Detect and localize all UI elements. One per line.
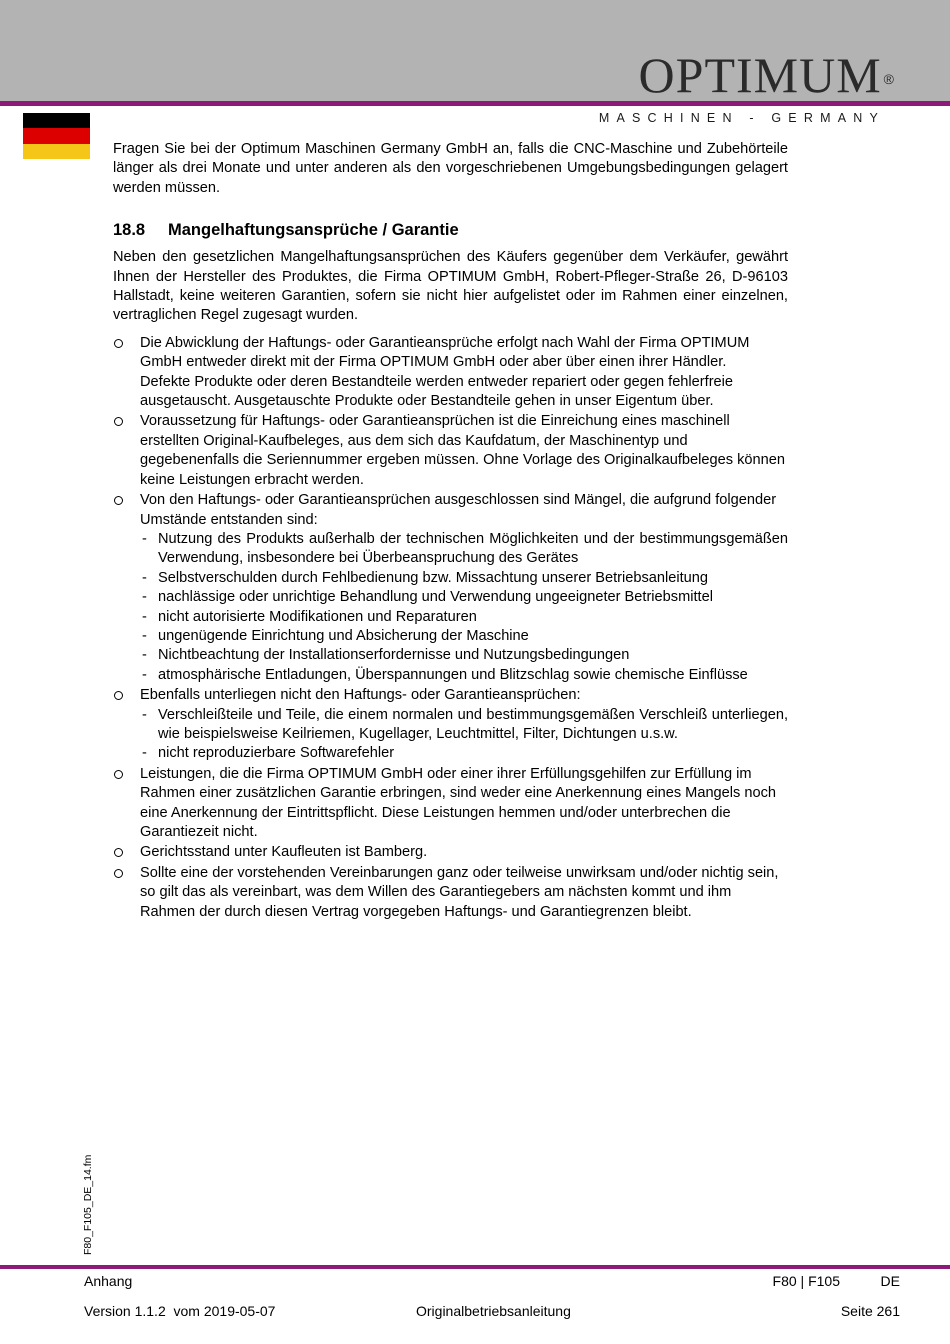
footer-language: DE (881, 1273, 900, 1289)
sub-item: Selbstverschulden durch Fehlbedienung bz… (140, 569, 788, 588)
footer-divider (0, 1265, 950, 1269)
list-item: Ebenfalls unterliegen nicht den Haftungs… (113, 686, 788, 764)
list-item-text: Defekte Produkte oder deren Bestandteile… (140, 373, 788, 412)
sub-item: nicht autorisierte Modifikationen und Re… (140, 608, 788, 627)
footer-models: F80 | F105 (773, 1273, 840, 1289)
list-item: Voraussetzung für Haftungs- oder Garanti… (113, 412, 788, 490)
sub-item: nicht reproduzierbare Softwarefehler (140, 744, 788, 763)
footer-doc-type: Originalbetriebsanleitung (416, 1303, 571, 1319)
list-item-text: Ebenfalls unterliegen nicht den Haftungs… (140, 686, 788, 705)
section-lead: Neben den gesetzlichen Mangelhaftungsans… (113, 248, 788, 326)
sub-list: Nutzung des Produkts außerhalb der techn… (140, 530, 788, 685)
sub-list: Verschleißteile und Teile, die einem nor… (140, 706, 788, 764)
page-content: Fragen Sie bei der Optimum Maschinen Ger… (113, 140, 788, 923)
registered-mark: ® (884, 71, 895, 87)
german-flag-icon (23, 113, 90, 159)
list-item-text: Von den Haftungs- oder Garantieansprüche… (140, 491, 788, 530)
list-item-text: Voraussetzung für Haftungs- oder Garanti… (140, 412, 788, 490)
section-heading: 18.8Mangelhaftungsansprüche / Garantie (113, 219, 788, 241)
sub-item: Nutzung des Produkts außerhalb der techn… (140, 530, 788, 569)
list-item-text: Gerichtsstand unter Kaufleuten ist Bambe… (140, 843, 788, 862)
sub-item: ungenügende Einrichtung und Absicherung … (140, 627, 788, 646)
section-number: 18.8 (113, 219, 168, 241)
sub-item: Verschleißteile und Teile, die einem nor… (140, 706, 788, 745)
list-item-text: Leistungen, die die Firma OPTIMUM GmbH o… (140, 765, 788, 843)
logo-tagline: MASCHINEN - GERMANY (599, 111, 885, 125)
sub-item: nachlässige oder unrichtige Behandlung u… (140, 588, 788, 607)
sub-item: atmosphärische Entladungen, Überspannung… (140, 666, 788, 685)
footer-page-number: Seite 261 (841, 1303, 900, 1319)
list-item-text: Sollte eine der vorstehenden Vereinbarun… (140, 864, 788, 922)
list-item: Leistungen, die die Firma OPTIMUM GmbH o… (113, 765, 788, 843)
file-name-label: F80_F105_DE_14.fm (82, 1155, 94, 1255)
sub-item: Nichtbeachtung der Installationserforder… (140, 646, 788, 665)
list-item: Die Abwicklung der Haftungs- oder Garant… (113, 334, 788, 412)
list-item: Sollte eine der vorstehenden Vereinbarun… (113, 864, 788, 922)
warranty-list: Die Abwicklung der Haftungs- oder Garant… (113, 334, 788, 922)
list-item: Gerichtsstand unter Kaufleuten ist Bambe… (113, 843, 788, 862)
logo-text: OPTIMUM (639, 47, 882, 103)
intro-paragraph: Fragen Sie bei der Optimum Maschinen Ger… (113, 140, 788, 198)
footer-chapter: Anhang (84, 1273, 132, 1289)
list-item-text: Die Abwicklung der Haftungs- oder Garant… (140, 334, 788, 373)
section-title: Mangelhaftungsansprüche / Garantie (168, 221, 459, 239)
optimum-logo: OPTIMUM® (639, 50, 895, 100)
list-item: Von den Haftungs- oder Garantieansprüche… (113, 491, 788, 685)
footer-version: Version 1.1.2 vom 2019-05-07 (84, 1303, 275, 1319)
